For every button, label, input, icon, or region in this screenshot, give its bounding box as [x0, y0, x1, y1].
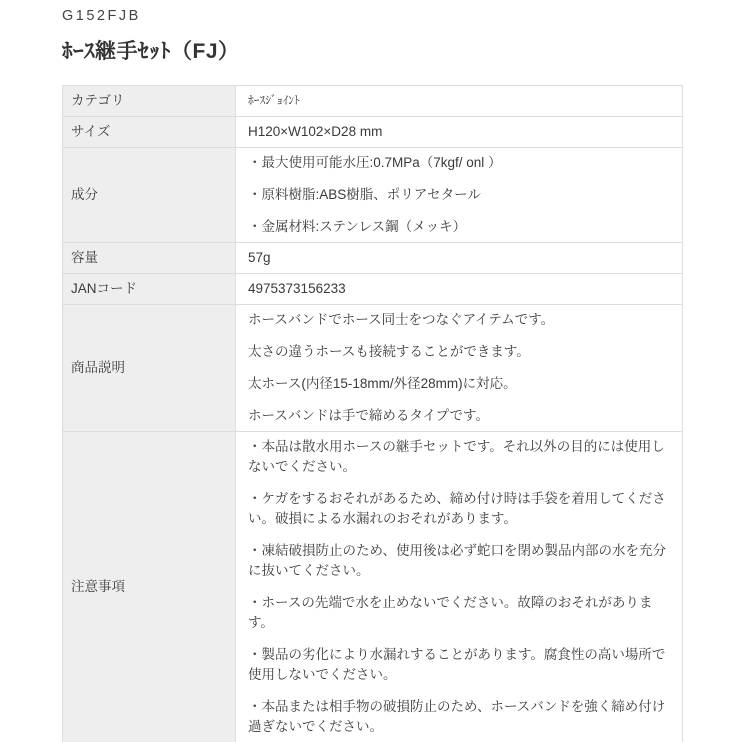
- spec-value-product-description: ホースバンドでホース同士をつなぐアイテムです。太さの違うホースも接続することがで…: [236, 305, 683, 432]
- spec-value-ingredients: ・最大使用可能水圧:0.7MPa（7kgf/ onl ）・原料樹脂:ABS樹脂、…: [236, 148, 683, 243]
- spec-value-line: 太ホース(内径15-18mm/外径28mm)に対応。: [248, 374, 670, 394]
- spec-value-line: ・製品の劣化により水漏れすることがあります。腐食性の高い場所で使用しないでくださ…: [248, 645, 670, 685]
- spec-value-precautions: ・本品は散水用ホースの継手セットです。それ以外の目的には使用しないでください。・…: [236, 432, 683, 742]
- spec-value-category: ﾎｰｽｼﾞｮｲﾝﾄ: [236, 86, 683, 117]
- spec-label-category: カテゴリ: [63, 86, 236, 117]
- spec-value-line: 太さの違うホースも接続することができます。: [248, 342, 670, 362]
- spec-value-line: ・ケガをするおそれがあるため、締め付け時は手袋を着用してください。破損による水漏…: [248, 489, 670, 529]
- spec-value-jan-code: 4975373156233: [236, 274, 683, 305]
- spec-value-line: ・原料樹脂:ABS樹脂、ポリアセタール: [248, 185, 670, 205]
- spec-value-line: H120×W102×D28 mm: [248, 122, 670, 142]
- spec-table: カテゴリﾎｰｽｼﾞｮｲﾝﾄサイズH120×W102×D28 mm成分・最大使用可…: [62, 85, 683, 742]
- spec-row-product-description: 商品説明ホースバンドでホース同士をつなぐアイテムです。太さの違うホースも接続する…: [63, 305, 683, 432]
- spec-value-line: ﾎｰｽｼﾞｮｲﾝﾄ: [248, 91, 670, 111]
- spec-label-product-description: 商品説明: [63, 305, 236, 432]
- spec-label-capacity: 容量: [63, 243, 236, 274]
- spec-value-line: 57g: [248, 248, 670, 268]
- spec-value-capacity: 57g: [236, 243, 683, 274]
- spec-value-line: ・金属材料:ステンレス鋼（メッキ）: [248, 217, 670, 237]
- page-title: ﾎｰｽ継手ｾｯﾄ（FJ）: [62, 39, 683, 65]
- spec-label-ingredients: 成分: [63, 148, 236, 243]
- spec-row-category: カテゴリﾎｰｽｼﾞｮｲﾝﾄ: [63, 86, 683, 117]
- spec-row-capacity: 容量57g: [63, 243, 683, 274]
- product-code: G152FJB: [62, 6, 683, 26]
- spec-table-body: カテゴリﾎｰｽｼﾞｮｲﾝﾄサイズH120×W102×D28 mm成分・最大使用可…: [63, 86, 683, 742]
- spec-value-line: ホースバンドでホース同士をつなぐアイテムです。: [248, 310, 670, 330]
- spec-label-jan-code: JANコード: [63, 274, 236, 305]
- spec-value-line: ・ホースの先端で水を止めないでください。故障のおそれがあります。: [248, 593, 670, 633]
- spec-label-precautions: 注意事項: [63, 432, 236, 742]
- spec-value-size: H120×W102×D28 mm: [236, 117, 683, 148]
- spec-value-line: ホースバンドは手で締めるタイプです。: [248, 406, 670, 426]
- product-detail-page: G152FJB ﾎｰｽ継手ｾｯﾄ（FJ） カテゴリﾎｰｽｼﾞｮｲﾝﾄサイズH12…: [0, 0, 742, 742]
- spec-row-size: サイズH120×W102×D28 mm: [63, 117, 683, 148]
- spec-row-jan-code: JANコード4975373156233: [63, 274, 683, 305]
- spec-value-line: ・本品は散水用ホースの継手セットです。それ以外の目的には使用しないでください。: [248, 437, 670, 477]
- spec-value-line: ・最大使用可能水圧:0.7MPa（7kgf/ onl ）: [248, 153, 670, 173]
- spec-value-line: 4975373156233: [248, 279, 670, 299]
- spec-label-size: サイズ: [63, 117, 236, 148]
- spec-row-precautions: 注意事項・本品は散水用ホースの継手セットです。それ以外の目的には使用しないでくだ…: [63, 432, 683, 742]
- spec-row-ingredients: 成分・最大使用可能水圧:0.7MPa（7kgf/ onl ）・原料樹脂:ABS樹…: [63, 148, 683, 243]
- spec-value-line: ・凍結破損防止のため、使用後は必ず蛇口を閉め製品内部の水を充分に抜いてください。: [248, 541, 670, 581]
- spec-value-line: ・本品または相手物の破損防止のため、ホースバンドを強く締め付け過ぎないでください…: [248, 697, 670, 737]
